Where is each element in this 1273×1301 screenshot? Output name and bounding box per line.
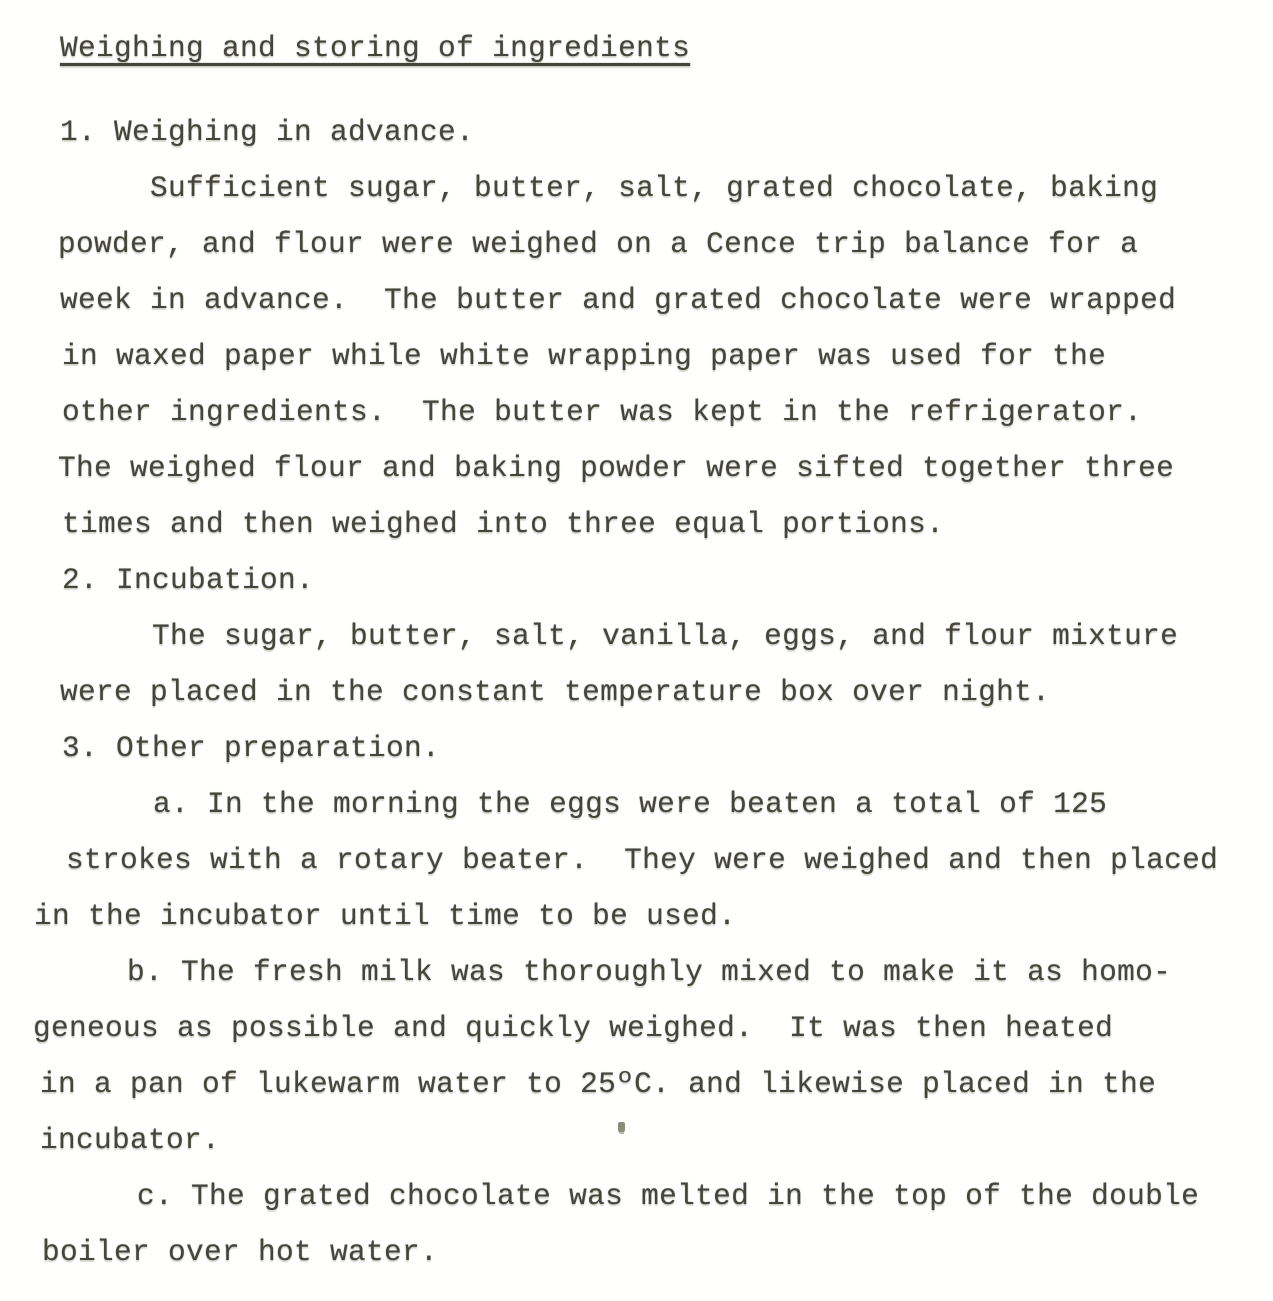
list-item-a: a. In the morning the eggs were beaten a… [153, 776, 1273, 832]
document-page: Weighing and storing of ingredients 1. W… [0, 0, 1273, 1301]
text-line: The weighed flour and baking powder were… [58, 440, 1273, 496]
text-line: powder, and flour were weighed on a Cenc… [58, 216, 1273, 272]
title-row: Weighing and storing of ingredients [0, 20, 1273, 104]
text-line: boiler over hot water. [42, 1224, 1273, 1280]
list-item-c: c. The grated chocolate was melted in th… [137, 1168, 1273, 1224]
text-line: week in advance. The butter and grated c… [60, 272, 1273, 328]
text-line: in the incubator until time to be used. [34, 888, 1273, 944]
section-heading-1: 1. Weighing in advance. [60, 104, 1273, 160]
text-line: geneous as possible and quickly weighed.… [33, 1000, 1273, 1056]
text-line: in a pan of lukewarm water to 25ºC. and … [40, 1056, 1273, 1112]
text-line: in waxed paper while white wrapping pape… [62, 328, 1273, 384]
text-line: Sufficient sugar, butter, salt, grated c… [150, 160, 1273, 216]
section-heading-3: 3. Other preparation. [62, 720, 1273, 776]
ink-speck [618, 1122, 625, 1132]
section-heading-2: 2. Incubation. [62, 552, 1273, 608]
text-line: The sugar, butter, salt, vanilla, eggs, … [152, 608, 1273, 664]
text-line: incubator. [40, 1112, 1273, 1168]
text-line: other ingredients. The butter was kept i… [62, 384, 1273, 440]
text-line: times and then weighed into three equal … [62, 496, 1273, 552]
page-title: Weighing and storing of ingredients [60, 20, 690, 76]
list-item-b: b. The fresh milk was thoroughly mixed t… [127, 944, 1273, 1000]
text-line: were placed in the constant temperature … [60, 664, 1273, 720]
text-line: strokes with a rotary beater. They were … [66, 832, 1273, 888]
